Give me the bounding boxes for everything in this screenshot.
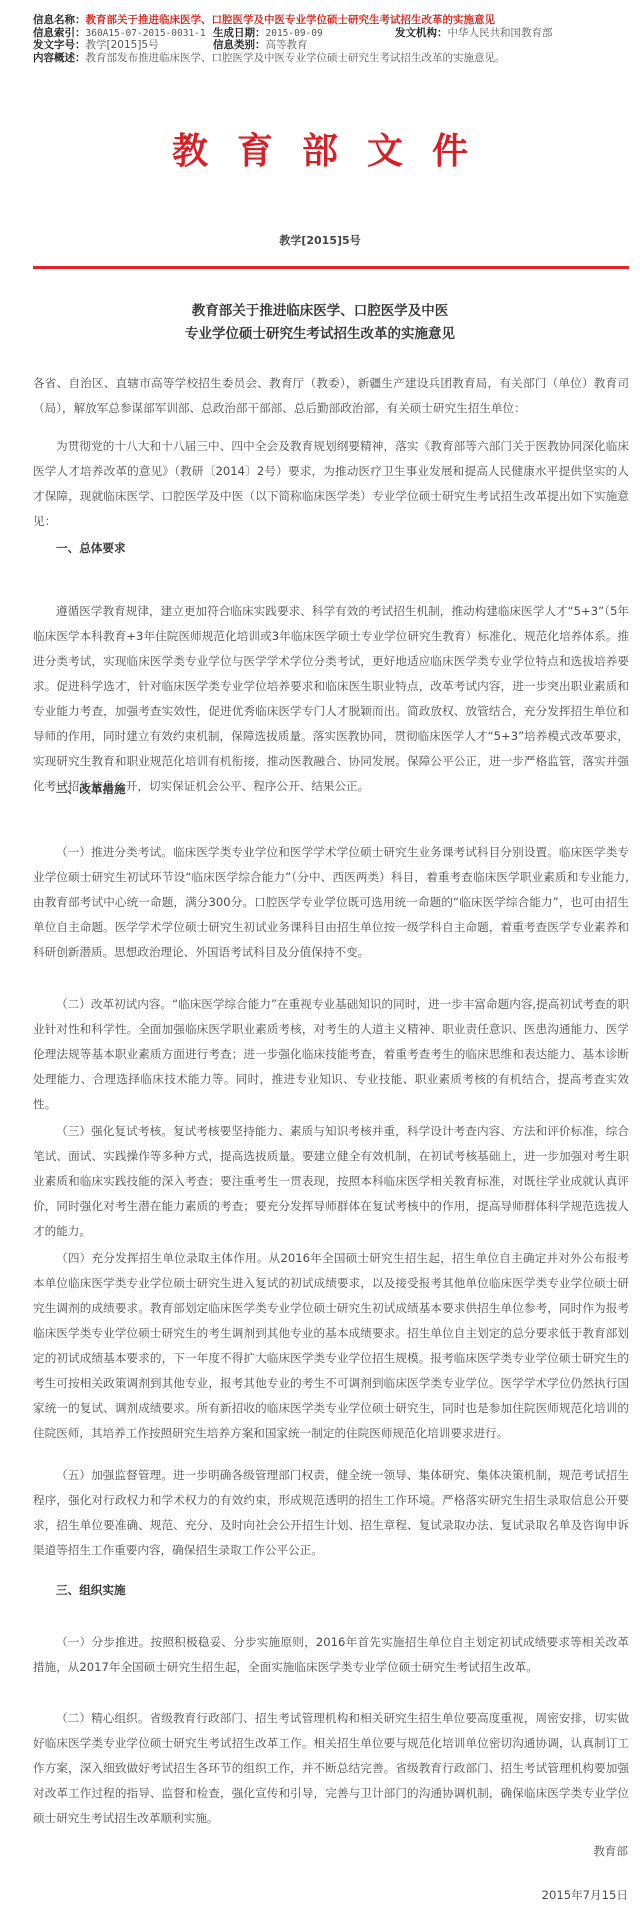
info-name-row: 信息名称：教育部关于推进临床医学、口腔医学及中医专业学位硕士研究生考试招生改革的…	[33, 14, 633, 27]
gen-date-label: 生成日期：	[213, 27, 266, 39]
section2-heading-text: 二、改革措施	[33, 777, 629, 802]
red-header-char: 育	[237, 123, 273, 174]
section2-p4: （四）充分发挥招生单位录取主体作用。从2016年全国硕士研究生招生起，招生单位自…	[33, 1246, 629, 1446]
document-number: 教学[2015]5号	[0, 232, 640, 248]
document-title-line1: 教育部关于推进临床医学、口腔医学及中医	[0, 300, 640, 323]
issuer-label: 发文机构：	[395, 27, 448, 39]
section2-item5: （五）加强监督管理。进一步明确各级管理部门权责，健全统一领导、集体研究、集体决策…	[33, 1463, 629, 1563]
info-summary-row: 内容概述：教育部发布推进临床医学、口腔医学及中医专业学位硕士研究生考试招生改革的…	[33, 52, 633, 65]
signature-date: 2015年7月15日	[542, 1887, 628, 1903]
section1-paragraph: 遵循医学教育规律，建立更加符合临床实践要求、科学有效的考试招生机制，推动构建临床…	[33, 599, 629, 799]
info-index-label: 信息索引：	[33, 27, 86, 39]
section2-item2: （二）改革初试内容。“临床医学综合能力”在重视专业基础知识的同时，进一步丰富命题…	[33, 992, 629, 1117]
intro-text: 为贯彻党的十八大和十八届三中、四中全会及教育规划纲要精神，落实《教育部等六部门关…	[33, 434, 629, 534]
section3-heading-text: 三、组织实施	[33, 1578, 629, 1603]
section2-item4: （四）充分发挥招生单位录取主体作用。从2016年全国硕士研究生招生起，招生单位自…	[33, 1246, 629, 1446]
section2-item1: （一）推进分类考试。临床医学类专业学位和医学学术学位硕士研究生业务课考试科目分别…	[33, 840, 629, 965]
info-docno-row: 发文字号：教学[2015]5号 信息类别：高等教育	[33, 39, 633, 52]
category-value: 高等教育	[266, 39, 308, 51]
addressee-text: 各省、自治区、直辖市高等学校招生委员会、教育厅（教委），新疆生产建设兵团教育局，…	[33, 371, 629, 421]
section1-p1: 遵循医学教育规律，建立更加符合临床实践要求、科学有效的考试招生机制，推动构建临床…	[33, 599, 629, 799]
section2-heading: 二、改革措施	[33, 777, 629, 802]
info-name-label: 信息名称：	[33, 14, 86, 26]
section3-item1: （一）分步推进。按照积极稳妥、分步实施原则，2016年首先实施招生单位自主划定初…	[33, 1630, 629, 1680]
section3-heading: 三、组织实施	[33, 1578, 629, 1603]
red-divider-line	[33, 266, 629, 269]
info-index-value: 360A15-07-2015-0031-1	[86, 28, 206, 39]
issuer-value: 中华人民共和国教育部	[448, 27, 553, 39]
section1-heading-text: 一、总体要求	[33, 536, 629, 561]
summary-label: 内容概述：	[33, 52, 86, 64]
category-label: 信息类别：	[213, 39, 266, 51]
info-name-value: 教育部关于推进临床医学、口腔医学及中医专业学位硕士研究生考试招生改革的实施意见	[86, 14, 496, 26]
section2-item3: （三）强化复试考核。复试考核要坚持能力、素质与知识考核并重，科学设计考查内容、方…	[33, 1119, 629, 1244]
document-title-line2: 专业学位硕士研究生考试招生改革的实施意见	[0, 323, 640, 346]
red-document-header: 教育部文件	[0, 123, 640, 174]
section1-heading: 一、总体要求	[33, 536, 629, 561]
section2-p5: （五）加强监督管理。进一步明确各级管理部门权责，健全统一领导、集体研究、集体决策…	[33, 1463, 629, 1563]
red-header-char: 部	[302, 123, 338, 174]
section3-p2: （二）精心组织。省级教育行政部门、招生考试管理机构和相关研究生招生单位要高度重视…	[33, 1706, 629, 1831]
section2-p3: （三）强化复试考核。复试考核要坚持能力、素质与知识考核并重，科学设计考查内容、方…	[33, 1119, 629, 1244]
section2-p1: （一）推进分类考试。临床医学类专业学位和医学学术学位硕士研究生业务课考试科目分别…	[33, 840, 629, 965]
docno-value: 教学[2015]5号	[86, 39, 159, 51]
info-index-row: 信息索引：360A15-07-2015-0031-1 生成日期：2015-09-…	[33, 27, 633, 40]
addressee: 各省、自治区、直辖市高等学校招生委员会、教育厅（教委），新疆生产建设兵团教育局，…	[33, 371, 629, 421]
document-title: 教育部关于推进临床医学、口腔医学及中医 专业学位硕士研究生考试招生改革的实施意见	[0, 300, 640, 346]
signature-org: 教育部	[593, 1843, 628, 1859]
red-header-char: 文	[367, 123, 403, 174]
info-metadata: 信息名称：教育部关于推进临床医学、口腔医学及中医专业学位硕士研究生考试招生改革的…	[33, 14, 633, 64]
section2-p2: （二）改革初试内容。“临床医学综合能力”在重视专业基础知识的同时，进一步丰富命题…	[33, 992, 629, 1117]
docno-label: 发文字号：	[33, 39, 86, 51]
red-header-char: 教	[172, 123, 208, 174]
section3-item2: （二）精心组织。省级教育行政部门、招生考试管理机构和相关研究生招生单位要高度重视…	[33, 1706, 629, 1831]
section3-p1: （一）分步推进。按照积极稳妥、分步实施原则，2016年首先实施招生单位自主划定初…	[33, 1630, 629, 1680]
gen-date-value: 2015-09-09	[266, 28, 323, 39]
intro-paragraph: 为贯彻党的十八大和十八届三中、四中全会及教育规划纲要精神，落实《教育部等六部门关…	[33, 434, 629, 534]
summary-value: 教育部发布推进临床医学、口腔医学及中医专业学位硕士研究生考试招生改革的实施意见。	[86, 52, 506, 64]
red-header-char: 件	[432, 123, 468, 174]
